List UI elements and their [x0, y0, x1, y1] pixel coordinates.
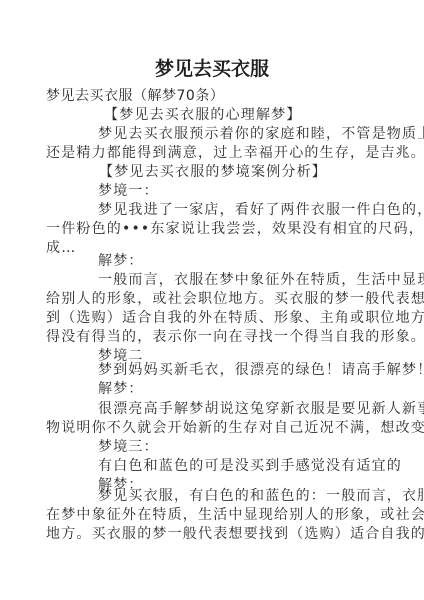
- interpretation-line: 梦见买衣服，有白色的和蓝色的：一般而言，衣服: [98, 487, 424, 506]
- interpretation-line: 很漂亮高手解梦胡说这兔穿新衣服是要见新人新事: [98, 400, 424, 419]
- case-dream-line: 梦到妈妈买新毛衣，很漂亮的绿色！请高手解梦！: [98, 361, 424, 380]
- document-subtitle: 梦见去买衣服（解梦70条）: [46, 87, 224, 106]
- case-dream-line: 一件粉色的•••东家说让我尝尝，效果没有相宜的尺码，没买: [46, 220, 424, 239]
- section-heading-psychology: 【梦见去买衣服的心理解梦】: [104, 106, 302, 125]
- section-heading-cases: 【梦见去买衣服的梦境案例分析】: [99, 163, 327, 182]
- interpretation-line: 在梦中象征外在特质，生活中显现给别人的形象，或社会职位: [46, 506, 424, 525]
- interpretation-line: 得没有得当的，表示你一向在寻找一个得当自我的形象。: [46, 328, 424, 347]
- document-page: 梦见去买衣服 梦见去买衣服（解梦70条） 【梦见去买衣服的心理解梦】 梦见去买衣…: [0, 0, 424, 600]
- paragraph-line: 还是精力都能得到满意，过上幸福开心的生存，是吉兆。: [46, 144, 424, 163]
- case-dream-line: 成…: [46, 239, 76, 258]
- interpretation-line: 到（选购）适合自我的外在特质、形象、主角或职位地方。觉: [46, 309, 424, 328]
- interpretation-line: 物说明你不久就会开始新的生存对自己近况不满，想改变。: [46, 419, 424, 438]
- case-label: 梦境三：: [98, 438, 159, 457]
- case-label: 梦境一：: [98, 182, 159, 201]
- interpretation-line: 给别人的形象，或社会职位地方。买衣服的梦一般代表想要找: [46, 290, 424, 309]
- interpretation-line: 地方。买衣服的梦一般代表想要找到（选购）适合自我的外在: [46, 525, 424, 544]
- case-dream-line: 梦见我进了一家店，看好了两件衣服一件白色的，: [98, 201, 424, 220]
- paragraph-line: 梦见去买衣服预示着你的家庭和睦，不管是物质上: [98, 125, 424, 144]
- case-dream-line: 有白色和蓝色的可是没买到手感觉没有适宜的: [98, 457, 402, 476]
- document-title: 梦见去买衣服: [0, 56, 424, 82]
- interpretation-label: 解梦：: [98, 252, 144, 271]
- interpretation-line: 一般而言，衣服在梦中象征外在特质，生活中显现: [98, 271, 424, 290]
- interpretation-label: 解梦：: [98, 380, 144, 399]
